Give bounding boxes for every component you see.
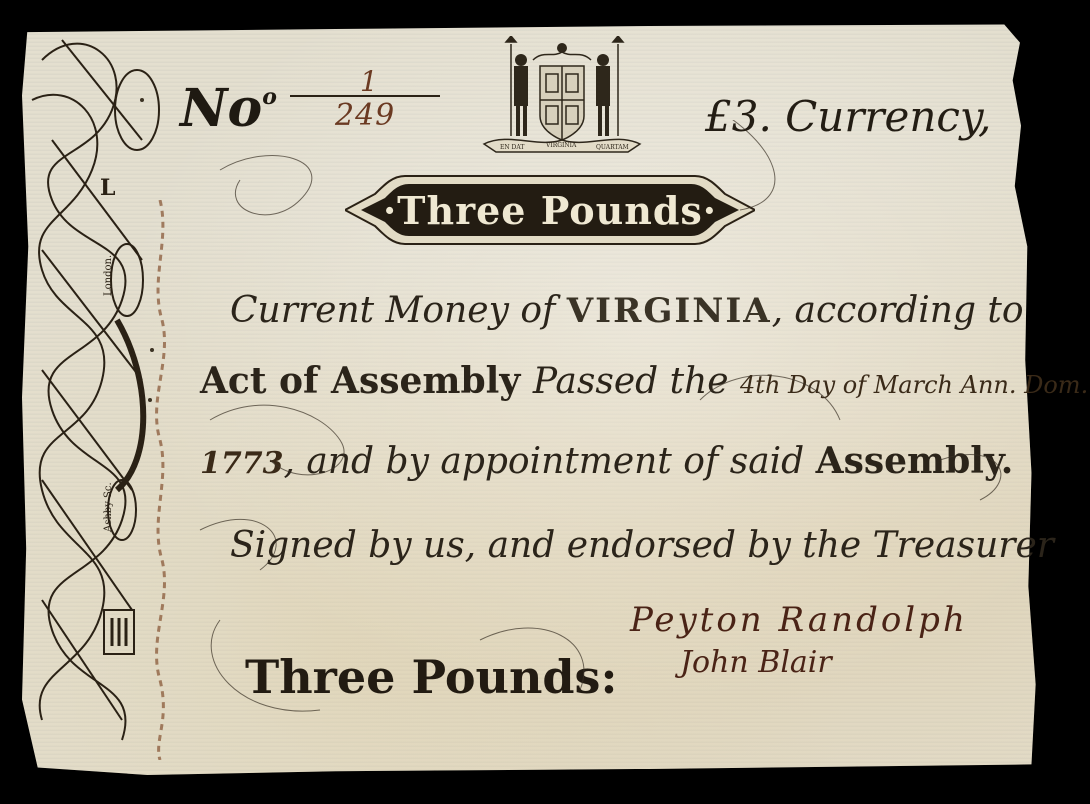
signature-peyton-randolph: Peyton Randolph [630,600,968,640]
svg-text:VIRGINIA: VIRGINIA [545,142,577,149]
coat-of-arms-icon: EN DAT VIRGINIA QUARTAM [478,36,646,160]
body-line-3: 1773, and by appointment of said Assembl… [200,440,1013,482]
amount-currency-header: £3. Currency, [705,92,991,141]
serial-divider [290,95,440,97]
handwritten-year: 1773 [200,446,284,481]
body-line-2: Act of Assembly Passed the 4th Day of Ma… [200,360,1088,402]
serial-number-top: 1 [360,65,378,98]
engraver-imprint-ashby: Ashby Sc. [103,482,114,532]
engraver-imprint-london: London. [103,255,114,296]
body-line-1: Current Money of VIRGINIA, according to [230,290,1024,331]
serial-number: 249 [335,98,395,133]
body-line-4: Signed by us, and endorsed by the Treasu… [230,525,1054,566]
denomination-banner: ·Three Pounds· [345,168,755,252]
amount-footer: Three Pounds: [245,650,617,704]
state-name: VIRGINIA [567,291,772,331]
svg-text:QUARTAM: QUARTAM [596,144,629,151]
numero-label: Noo [180,78,277,139]
handwritten-date: 4th Day of March Ann. Dom. [740,371,1088,399]
border-value-top: L [100,175,115,201]
banner-text: ·Three Pounds· [345,168,755,252]
treasurer-endorsement [140,200,180,760]
signature-john-blair: John Blair [680,645,832,680]
svg-text:EN DAT: EN DAT [500,144,524,151]
